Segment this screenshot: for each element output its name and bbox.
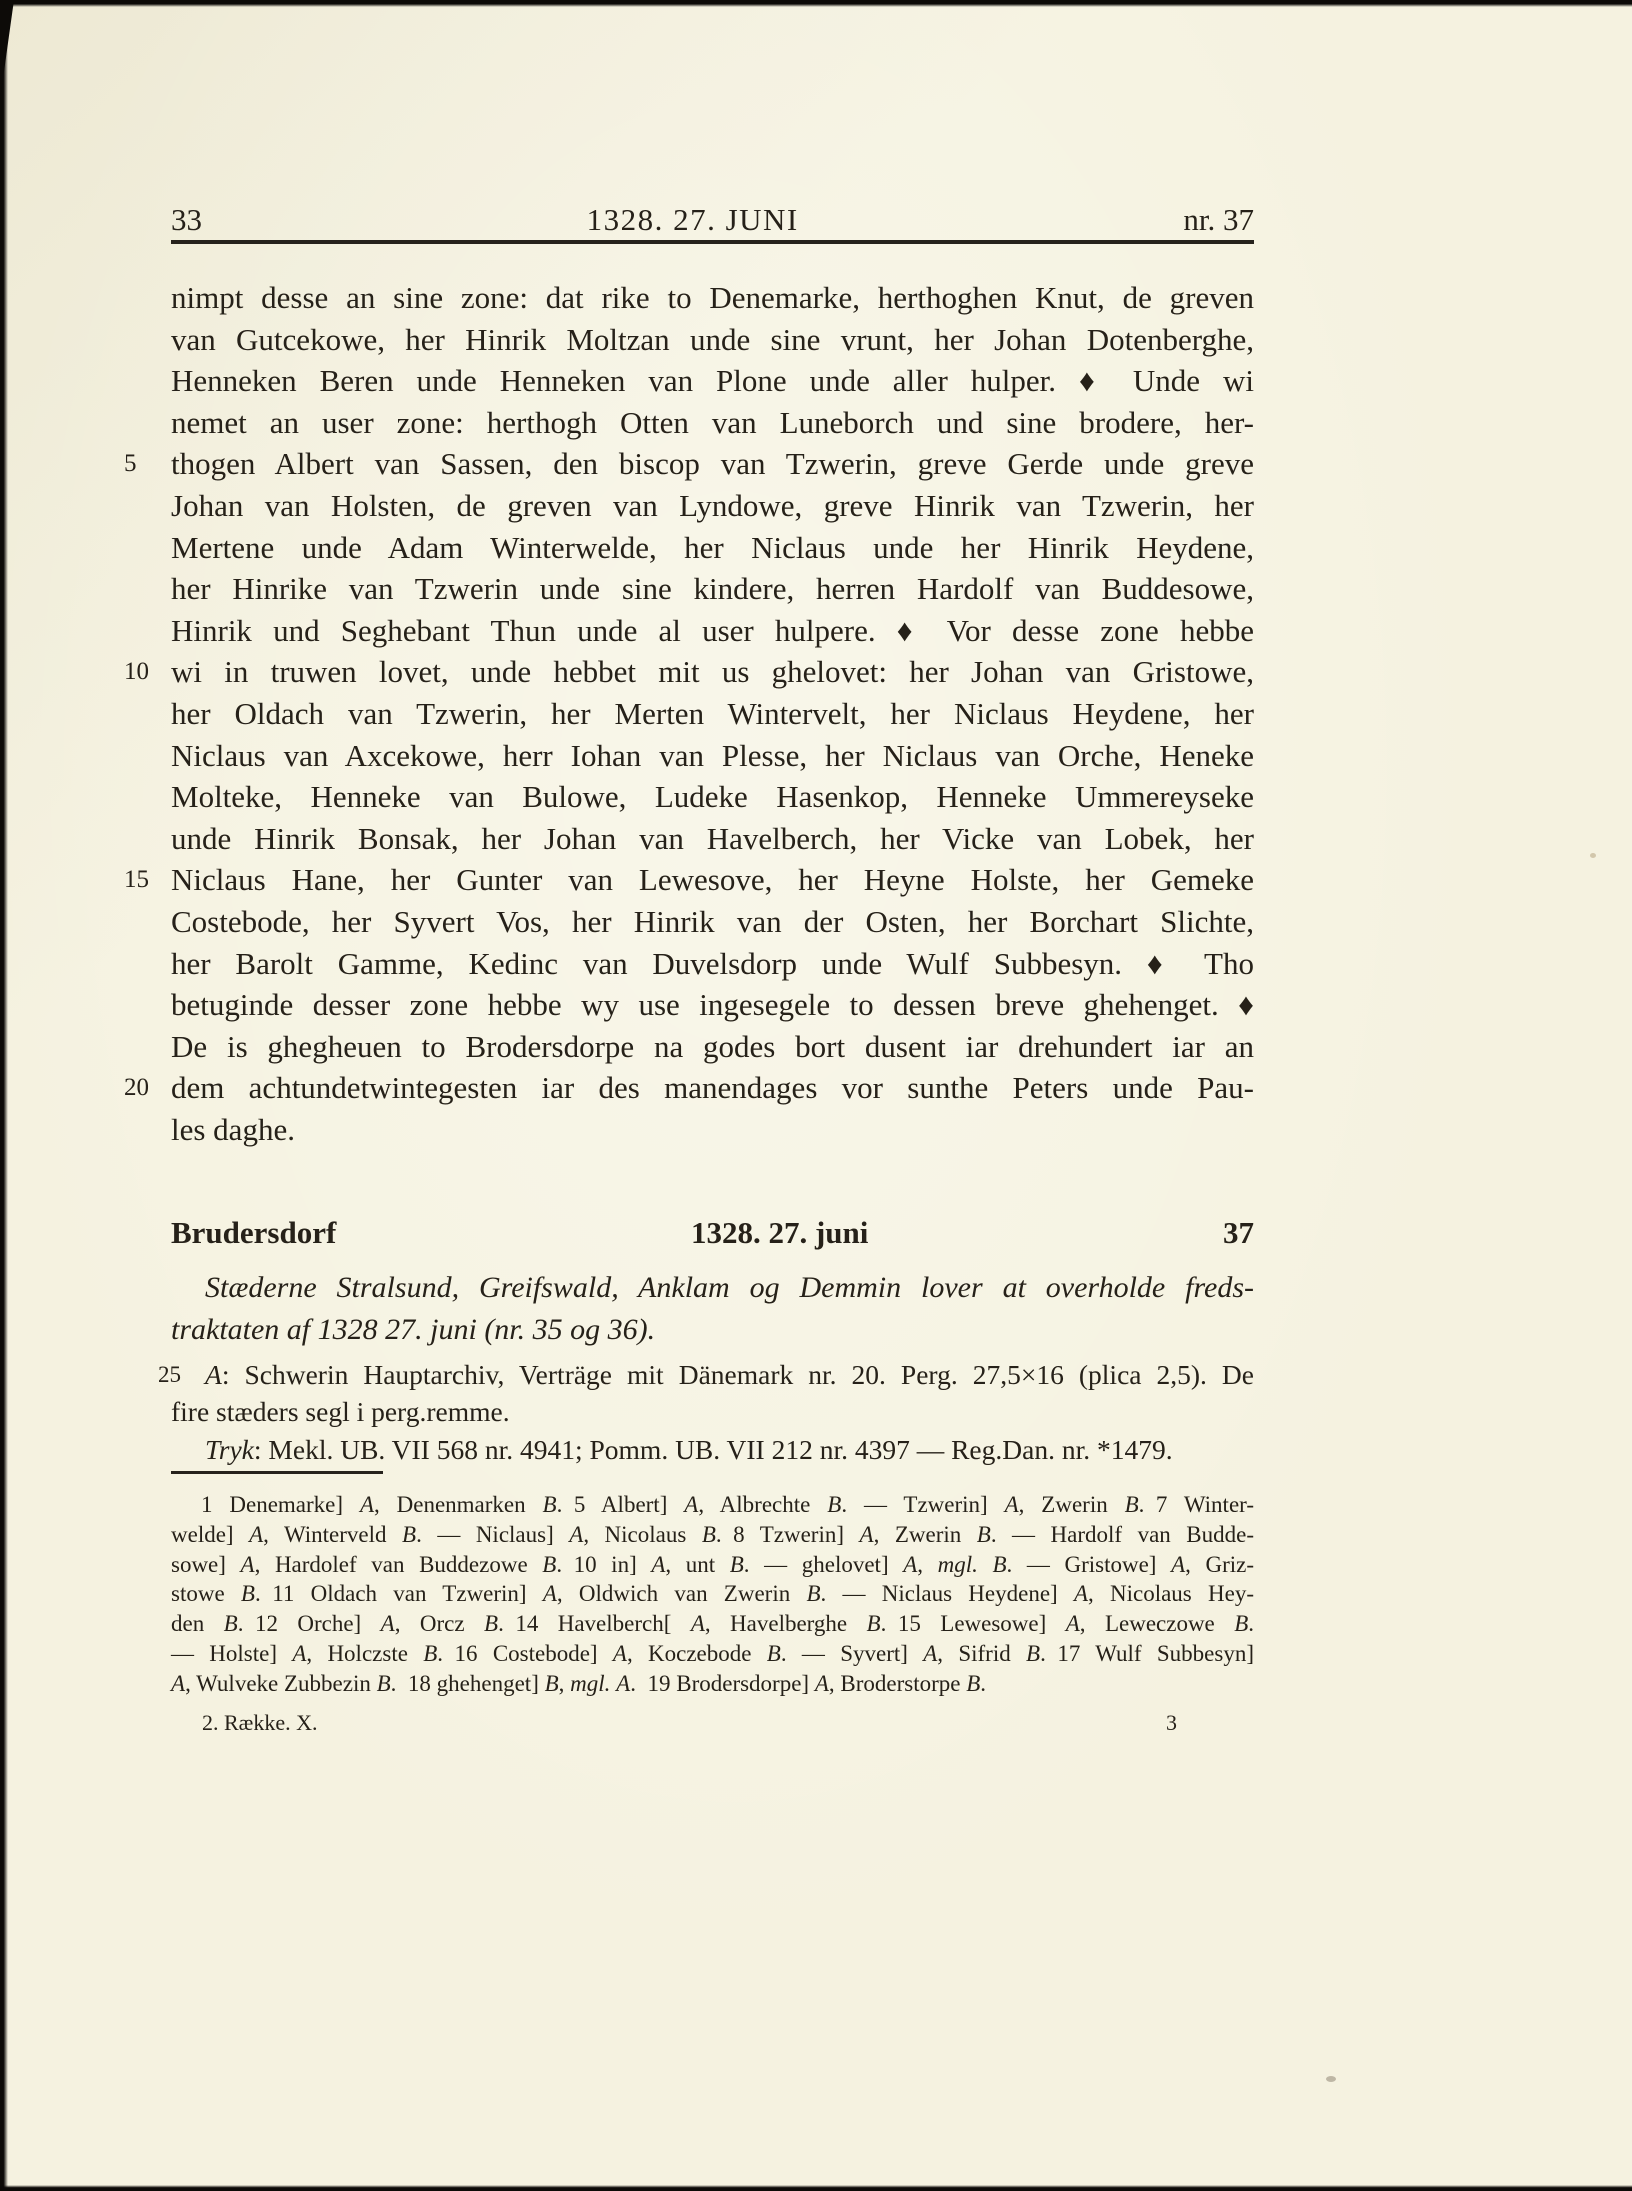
text-line: welde] A, Winterveld B. — Niclaus] A, Ni… — [171, 1520, 1254, 1550]
main-transcription: nimpt desse an sine zone: dat rike to De… — [171, 277, 1254, 1150]
entry-number: 37 — [1223, 1212, 1254, 1254]
scanned-book-page: 33 1328. 27. JUNI nr. 37 nimpt desse an … — [0, 0, 1632, 2191]
text-line: Johan van Holsten, de greven van Lyndowe… — [171, 485, 1254, 527]
text-line: 5thogen Albert van Sassen, den biscop va… — [171, 443, 1254, 485]
header-rule — [171, 240, 1254, 244]
header-document-number: nr. 37 — [1183, 203, 1254, 237]
line-text: Molteke, Henneke van Bulowe, Ludeke Hase… — [171, 779, 1254, 814]
text-line: Niclaus van Axcekowe, herr Iohan van Ple… — [171, 735, 1254, 777]
line-text: Costebode, her Syvert Vos, her Hinrik va… — [171, 904, 1254, 939]
text-line: her Barolt Gamme, Kedinc van Duvelsdorp … — [171, 943, 1254, 985]
text-line: stowe B. 11 Oldach van Tzwerin] A, Oldwi… — [171, 1579, 1254, 1609]
line-text: Johan van Holsten, de greven van Lyndowe… — [171, 488, 1254, 523]
text-line: A, Wulveke Zubbezin B. 18 ghehenget] B, … — [171, 1669, 1254, 1699]
text-line: Molteke, Henneke van Bulowe, Ludeke Hase… — [171, 776, 1254, 818]
line-text: unde Hinrik Bonsak, her Johan van Havelb… — [171, 821, 1254, 856]
line-text: her Hinrike van Tzwerin unde sine kinder… — [171, 571, 1254, 606]
scan-corner-shadow — [0, 0, 14, 100]
scan-edge-bottom — [0, 2185, 1632, 2191]
entry-heading: Brudersdorf 1328. 27. juni 37 — [171, 1212, 1254, 1254]
line-text: — Holste] A, Holczste B. 16 Costebode] A… — [171, 1641, 1254, 1666]
series-label: 2. Række. X. — [202, 1710, 318, 1736]
line-text: les daghe. — [171, 1112, 295, 1147]
footnote-rule — [171, 1471, 383, 1474]
entry-place: Brudersdorf — [171, 1212, 336, 1254]
line-text: nimpt desse an sine zone: dat rike to De… — [171, 280, 1254, 315]
line-text: Stæderne Stralsund, Greifswald, Anklam o… — [205, 1271, 1254, 1304]
text-line: 1 Denemarke] A, Denenmarken B. 5 Albert]… — [171, 1490, 1254, 1520]
critical-apparatus: 1 Denemarke] A, Denenmarken B. 5 Albert]… — [171, 1490, 1254, 1699]
margin-line-number: 25 — [124, 1356, 160, 1393]
text-line: Mertene unde Adam Winterwelde, her Nicla… — [171, 527, 1254, 569]
text-line: Hinrik und Seghebant Thun unde al user h… — [171, 610, 1254, 652]
running-header: 33 1328. 27. JUNI nr. 37 — [171, 203, 1254, 237]
source-notes: 25A: Schwerin Hauptarchiv, Verträge mit … — [171, 1356, 1254, 1468]
paper-speck — [1590, 853, 1596, 858]
margin-line-number: 20 — [124, 1067, 160, 1109]
text-line: Tryk: Mekl. UB. VII 568 nr. 4941; Pomm. … — [171, 1431, 1254, 1468]
line-text: De is ghegheuen to Brodersdorpe na godes… — [171, 1029, 1254, 1064]
text-line: les daghe. — [171, 1109, 1254, 1151]
line-text: Niclaus Hane, her Gunter van Lewesove, h… — [171, 862, 1254, 897]
scan-edge-left — [0, 0, 8, 2191]
line-text: A, Wulveke Zubbezin B. 18 ghehenget] B, … — [171, 1671, 986, 1696]
line-text: her Barolt Gamme, Kedinc van Duvelsdorp … — [171, 946, 1254, 981]
text-line: nimpt desse an sine zone: dat rike to De… — [171, 277, 1254, 319]
line-text: Niclaus van Axcekowe, herr Iohan van Ple… — [171, 738, 1254, 773]
line-text: thogen Albert van Sassen, den biscop van… — [171, 446, 1254, 481]
margin-line-number: 15 — [124, 859, 160, 901]
line-text: 1 Denemarke] A, Denenmarken B. 5 Albert]… — [201, 1492, 1254, 1517]
line-text: Mertene unde Adam Winterwelde, her Nicla… — [171, 530, 1254, 565]
text-line: her Oldach van Tzwerin, her Merten Winte… — [171, 693, 1254, 735]
line-text: Tryk: Mekl. UB. VII 568 nr. 4941; Pomm. … — [205, 1434, 1173, 1465]
line-text: Henneken Beren unde Henneken van Plone u… — [171, 363, 1254, 398]
text-line: De is ghegheuen to Brodersdorpe na godes… — [171, 1026, 1254, 1068]
text-line: sowe] A, Hardolef van Buddezowe B. 10 in… — [171, 1550, 1254, 1580]
text-line: van Gutcekowe, her Hinrik Moltzan unde s… — [171, 319, 1254, 361]
entry-date: 1328. 27. juni — [691, 1212, 868, 1254]
line-text: sowe] A, Hardolef van Buddezowe B. 10 in… — [171, 1552, 1254, 1577]
line-text: van Gutcekowe, her Hinrik Moltzan unde s… — [171, 322, 1254, 357]
paper-speck — [1326, 2076, 1336, 2082]
text-line: her Hinrike van Tzwerin unde sine kinder… — [171, 568, 1254, 610]
line-text: den B. 12 Orche] A, Orcz B. 14 Havelberc… — [171, 1611, 1254, 1636]
header-date: 1328. 27. JUNI — [587, 203, 799, 237]
page-number: 33 — [171, 203, 202, 237]
margin-line-number: 10 — [124, 651, 160, 693]
text-line: Costebode, her Syvert Vos, her Hinrik va… — [171, 901, 1254, 943]
text-line: Henneken Beren unde Henneken van Plone u… — [171, 360, 1254, 402]
text-line: Stæderne Stralsund, Greifswald, Anklam o… — [171, 1267, 1254, 1309]
text-line: 10wi in truwen lovet, unde hebbet mit us… — [171, 651, 1254, 693]
line-text: Hinrik und Seghebant Thun unde al user h… — [171, 613, 1254, 648]
text-line: 20dem achtundetwintegesten iar des manen… — [171, 1067, 1254, 1109]
sheet-number: 3 — [1166, 1710, 1177, 1736]
line-text: wi in truwen lovet, unde hebbet mit us g… — [171, 654, 1254, 689]
entry-summary: Stæderne Stralsund, Greifswald, Anklam o… — [171, 1267, 1254, 1351]
line-text: fire stæders segl i perg.remme. — [171, 1396, 510, 1427]
line-text: betuginde desser zone hebbe wy use inges… — [171, 987, 1254, 1022]
text-line: 25A: Schwerin Hauptarchiv, Verträge mit … — [171, 1356, 1254, 1393]
margin-line-number: 5 — [124, 443, 160, 485]
line-text: welde] A, Winterveld B. — Niclaus] A, Ni… — [171, 1522, 1254, 1547]
line-text: stowe B. 11 Oldach van Tzwerin] A, Oldwi… — [171, 1581, 1254, 1606]
text-line: den B. 12 Orche] A, Orcz B. 14 Havelberc… — [171, 1609, 1254, 1639]
line-text: nemet an user zone: herthogh Otten van L… — [171, 405, 1254, 440]
text-line: unde Hinrik Bonsak, her Johan van Havelb… — [171, 818, 1254, 860]
text-line: nemet an user zone: herthogh Otten van L… — [171, 402, 1254, 444]
text-line: betuginde desser zone hebbe wy use inges… — [171, 984, 1254, 1026]
line-text: A: Schwerin Hauptarchiv, Verträge mit Dä… — [205, 1359, 1254, 1390]
text-line: fire stæders segl i perg.remme. — [171, 1393, 1254, 1430]
text-line: 15Niclaus Hane, her Gunter van Lewesove,… — [171, 859, 1254, 901]
text-line: — Holste] A, Holczste B. 16 Costebode] A… — [171, 1639, 1254, 1669]
text-line: traktaten af 1328 27. juni (nr. 35 og 36… — [171, 1309, 1254, 1351]
scan-edge-top — [0, 0, 1632, 7]
line-text: traktaten af 1328 27. juni (nr. 35 og 36… — [171, 1313, 655, 1346]
line-text: her Oldach van Tzwerin, her Merten Winte… — [171, 696, 1254, 731]
line-text: dem achtundetwintegesten iar des manenda… — [171, 1070, 1254, 1105]
